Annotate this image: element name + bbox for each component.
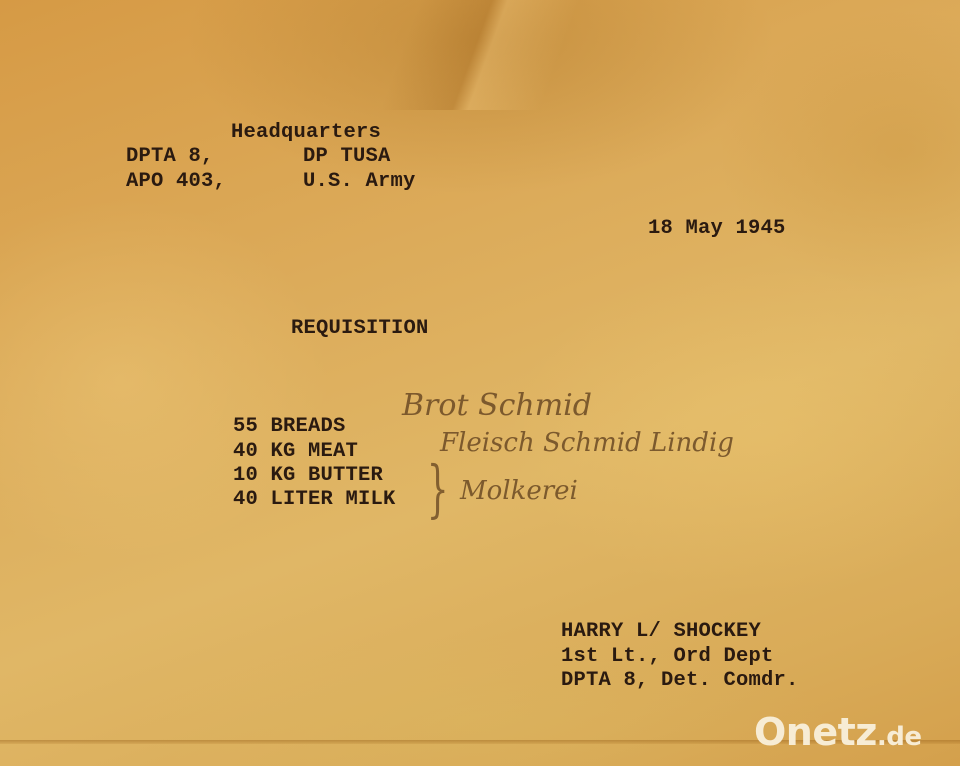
document-date: 18 May 1945	[648, 217, 786, 241]
handwritten-note: Brot Schmid	[402, 388, 592, 423]
watermark-tld: .de	[877, 722, 922, 752]
signatory-name: HARRY L/ SHOCKEY	[561, 620, 761, 644]
list-item: 10 KG BUTTER	[233, 464, 383, 488]
aged-paper-background	[0, 0, 960, 766]
letterhead-apo: APO 403,	[126, 170, 226, 194]
handwritten-note: Molkerei	[460, 476, 578, 506]
letterhead-title: Headquarters	[231, 121, 381, 145]
signatory-rank: 1st Lt., Ord Dept	[561, 645, 774, 669]
list-item: 40 KG MEAT	[233, 440, 358, 464]
letterhead-command: DP TUSA	[303, 145, 391, 169]
document-heading: REQUISITION	[291, 317, 429, 341]
list-item: 40 LITER MILK	[233, 488, 396, 512]
handwritten-brace: }	[427, 458, 449, 520]
handwritten-note: Fleisch Schmid Lindig	[440, 428, 734, 458]
list-item: 55 BREADS	[233, 415, 346, 439]
onetz-watermark-logo: Onetz.de	[754, 710, 922, 754]
watermark-brand: Onetz	[754, 710, 877, 754]
letterhead-unit: DPTA 8,	[126, 145, 214, 169]
paper-crease	[300, 0, 660, 110]
signatory-unit: DPTA 8, Det. Comdr.	[561, 669, 799, 693]
letterhead-army: U.S. Army	[303, 170, 416, 194]
